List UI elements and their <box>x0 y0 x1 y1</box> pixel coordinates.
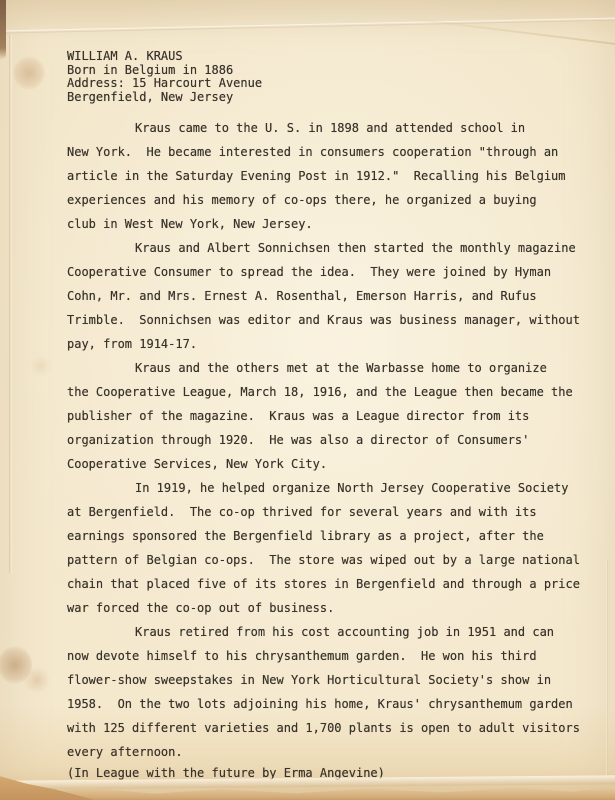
text-line: now devote himself to his chrysanthemum … <box>67 644 587 668</box>
paragraph-2: Kraus and Albert Sonnichsen then started… <box>67 236 587 356</box>
text-line: experiences and his memory of co-ops the… <box>67 188 587 212</box>
page-content: WILLIAM A. KRAUS Born in Belgium in 1886… <box>67 50 587 782</box>
paragraph-4: In 1919, he helped organize North Jersey… <box>67 476 587 620</box>
text-line: 1958. On the two lots adjoining his home… <box>67 692 587 716</box>
paragraph-1: Kraus came to the U. S. in 1898 and atte… <box>67 116 587 236</box>
paper-crease-right <box>606 560 608 780</box>
header-block: WILLIAM A. KRAUS Born in Belgium in 1886… <box>67 50 587 104</box>
header-address: Address: 15 Harcourt Avenue <box>67 77 587 91</box>
text-line: war forced the co-op out of business. <box>67 596 587 620</box>
paper-stain <box>30 355 52 377</box>
header-name: WILLIAM A. KRAUS <box>67 50 587 64</box>
body-text: Kraus came to the U. S. in 1898 and atte… <box>67 116 587 782</box>
text-line: Kraus came to the U. S. in 1898 and atte… <box>67 116 587 140</box>
text-line: with 125 different varieties and 1,700 p… <box>67 716 587 740</box>
paper-stain <box>13 56 45 90</box>
text-line: earnings sponsored the Bergenfield libra… <box>67 524 587 548</box>
text-line: Cooperative Services, New York City. <box>67 452 587 476</box>
paragraph-3: Kraus and the others met at the Warbasse… <box>67 356 587 476</box>
text-line: article in the Saturday Evening Post in … <box>67 164 587 188</box>
text-line: publisher of the magazine. Kraus was a L… <box>67 404 587 428</box>
text-line: chain that placed five of its stores in … <box>67 572 587 596</box>
scanned-paper-page: WILLIAM A. KRAUS Born in Belgium in 1886… <box>0 0 615 800</box>
text-line: every afternoon. <box>67 740 587 764</box>
text-line: at Bergenfield. The co-op thrived for se… <box>67 500 587 524</box>
paper-edge-sliver <box>0 0 6 60</box>
text-line: Cohn, Mr. and Mrs. Ernest A. Rosenthal, … <box>67 284 587 308</box>
header-city: Bergenfield, New Jersey <box>67 91 587 105</box>
text-line: organization through 1920. He was also a… <box>67 428 587 452</box>
text-line: the Cooperative League, March 18, 1916, … <box>67 380 587 404</box>
text-line: Kraus and the others met at the Warbasse… <box>67 356 587 380</box>
text-line: Kraus retired from his cost accounting j… <box>67 620 587 644</box>
text-line: flower-show sweepstakes in New York Hort… <box>67 668 587 692</box>
text-line: New York. He became interested in consum… <box>67 140 587 164</box>
text-line: In 1919, he helped organize North Jersey… <box>67 476 587 500</box>
text-line: pay, from 1914-17. <box>67 332 587 356</box>
text-line: pattern of Belgian co-ops. The store was… <box>67 548 587 572</box>
paper-stain <box>24 666 50 694</box>
paragraph-5: Kraus retired from his cost accounting j… <box>67 620 587 764</box>
text-line: Kraus and Albert Sonnichsen then started… <box>67 236 587 260</box>
text-line: club in West New York, New Jersey. <box>67 212 587 236</box>
header-birth: Born in Belgium in 1886 <box>67 64 587 78</box>
text-line: Cooperative Consumer to spread the idea.… <box>67 260 587 284</box>
text-line: Trimble. Sonnichsen was editor and Kraus… <box>67 308 587 332</box>
paper-crease-left <box>9 34 12 574</box>
